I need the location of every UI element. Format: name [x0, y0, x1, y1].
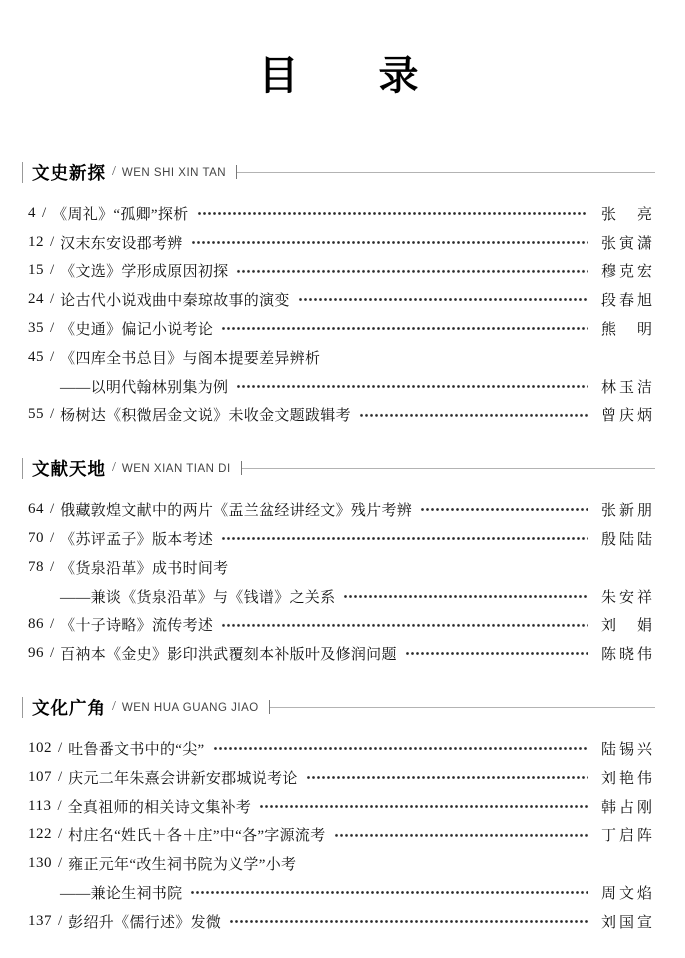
- entry-title: 《文选》学形成原因初探: [60, 260, 228, 281]
- entry-author: 穆克宏: [601, 260, 655, 281]
- entry-leader-dots: [236, 372, 588, 401]
- entry-page-number: 35: [28, 320, 44, 337]
- toc-section: 文化广角 / WEN HUA GUANG JIAO 102 / 吐鲁番文书中的“…: [22, 692, 655, 936]
- entry-author: 朱安祥: [601, 586, 655, 607]
- entry-page-number: 122: [28, 826, 52, 843]
- entry-slash: /: [50, 320, 54, 337]
- entry-slash: /: [57, 798, 61, 815]
- toc-entry: 102 / 吐鲁番文书中的“尖” 陆锡兴: [28, 734, 655, 763]
- entry-title: ——兼谈《货泉沿革》与《钱谱》之关系: [60, 586, 335, 607]
- entry-slash: /: [50, 616, 54, 633]
- entry-title: 庆元二年朱熹会讲新安郡城说考论: [68, 767, 298, 788]
- entry-page-number: 4: [28, 205, 36, 222]
- toc-entry: 78 / 《货泉沿革》成书时间考: [28, 553, 655, 582]
- toc-section: 文史新探 / WEN SHI XIN TAN 4 / 《周礼》“孤卿”探析 张 …: [22, 157, 655, 429]
- entry-leader-dots: [190, 878, 588, 907]
- entry-title: ——以明代翰林别集为例: [60, 376, 228, 397]
- entry-author: 刘国宣: [601, 911, 655, 932]
- entry-author: 殷陆陆: [601, 528, 655, 549]
- entry-leader-dots: [221, 524, 588, 553]
- section-entries: 64 / 俄藏敦煌文献中的两片《盂兰盆经讲经文》残片考辨 张新朋 70 / 《苏…: [22, 495, 655, 668]
- toc-sections: 文史新探 / WEN SHI XIN TAN 4 / 《周礼》“孤卿”探析 张 …: [22, 157, 655, 936]
- entry-leader-dots: [221, 611, 588, 640]
- entry-page-number: 64: [28, 501, 44, 518]
- section-left-bar: [22, 458, 23, 479]
- toc-entry: 24 / 论古代小说戏曲中秦琼故事的演变 段春旭: [28, 285, 655, 314]
- entry-author: 丁启阵: [601, 824, 655, 845]
- entry-slash: /: [50, 530, 54, 547]
- entry-author: 刘艳伟: [601, 767, 655, 788]
- section-left-bar: [22, 162, 23, 183]
- entry-page-number: 113: [28, 798, 51, 815]
- entry-slash: /: [58, 913, 62, 930]
- entry-page-number: 15: [28, 262, 44, 279]
- entry-leader-dots: [420, 495, 588, 524]
- entry-slash: /: [58, 740, 62, 757]
- toc-entry: 12 / 汉末东安设郡考辨 张寅潇: [28, 228, 655, 257]
- entry-leader-dots: [213, 734, 588, 763]
- entry-author: 张寅潇: [601, 232, 655, 253]
- entry-author: 陆锡兴: [601, 738, 655, 759]
- entry-leader-dots: [259, 792, 588, 821]
- entry-title: 《苏评孟子》版本考述: [60, 528, 213, 549]
- entry-leader-dots: [359, 401, 588, 430]
- entry-page-number: 130: [28, 855, 52, 872]
- section-header: 文化广角 / WEN HUA GUANG JIAO: [22, 692, 655, 722]
- toc-entry: 70 / 《苏评孟子》版本考述 殷陆陆: [28, 524, 655, 553]
- entry-slash: /: [42, 205, 46, 222]
- toc-entry: 130 / 雍正元年“改生祠书院为义学”小考: [28, 849, 655, 878]
- section-rule-line: [270, 707, 655, 708]
- entry-title: 俄藏敦煌文献中的两片《盂兰盆经讲经文》残片考辨: [60, 499, 412, 520]
- entry-title: 杨树达《积微居金文说》未收金文题跋辑考: [60, 404, 351, 425]
- entry-author: 周文焰: [601, 882, 655, 903]
- toc-entry: 4 / 《周礼》“孤卿”探析 张 亮: [28, 199, 655, 228]
- entry-leader-dots: [343, 582, 588, 611]
- entry-leader-dots: [298, 285, 588, 314]
- section-left-bar: [22, 697, 23, 718]
- section-entries: 4 / 《周礼》“孤卿”探析 张 亮 12 / 汉末东安设郡考辨 张寅潇 15 …: [22, 199, 655, 429]
- entry-author: 段春旭: [601, 289, 655, 310]
- section-separator: /: [112, 164, 116, 180]
- page-title: 目 录: [22, 44, 655, 101]
- entry-slash: /: [58, 769, 62, 786]
- toc-entry: 15 / 《文选》学形成原因初探 穆克宏: [28, 257, 655, 286]
- entry-title: 《十子诗略》流传考述: [60, 614, 213, 635]
- entry-page-number: 107: [28, 769, 52, 786]
- entry-author: 熊 明: [601, 318, 655, 339]
- entry-author: 韩占刚: [601, 796, 655, 817]
- section-separator: /: [112, 460, 116, 476]
- entry-author: 刘 娟: [601, 614, 655, 635]
- section-pinyin: WEN SHI XIN TAN: [122, 165, 226, 179]
- section-separator: /: [112, 699, 116, 715]
- section-header: 文献天地 / WEN XIAN TIAN DI: [22, 453, 655, 483]
- entry-slash: /: [50, 234, 54, 251]
- section-pinyin: WEN HUA GUANG JIAO: [122, 700, 259, 714]
- entry-slash: /: [58, 855, 62, 872]
- entry-page-number: 70: [28, 530, 44, 547]
- entry-page-number: 55: [28, 406, 44, 423]
- entry-leader-dots: [306, 763, 588, 792]
- entry-author: 林玉洁: [601, 376, 655, 397]
- toc-entry: ——兼论生祠书院 周文焰: [28, 878, 655, 907]
- toc-entry: 55 / 杨树达《积微居金文说》未收金文题跋辑考 曾庆炳: [28, 401, 655, 430]
- entry-leader-dots: [221, 314, 588, 343]
- entry-slash: /: [50, 406, 54, 423]
- entry-author: 张新朋: [601, 499, 655, 520]
- entry-leader-dots: [405, 639, 588, 668]
- entry-page-number: 12: [28, 234, 44, 251]
- entry-title: 吐鲁番文书中的“尖”: [68, 738, 204, 759]
- entry-page-number: 78: [28, 559, 44, 576]
- section-title: 文化广角: [32, 695, 106, 720]
- document-page: { "page_title": "目 录", "separators": { "…: [0, 0, 685, 958]
- entry-author: 张 亮: [601, 203, 655, 224]
- toc-entry: 107 / 庆元二年朱熹会讲新安郡城说考论 刘艳伟: [28, 763, 655, 792]
- entry-title: 彭绍升《儒行述》发微: [68, 911, 221, 932]
- entry-author: 曾庆炳: [601, 404, 655, 425]
- entry-title: 村庄名“姓氏＋各＋庄”中“各”字源流考: [68, 824, 325, 845]
- entry-leader-dots: [197, 199, 588, 228]
- entry-title: 《史通》偏记小说考论: [60, 318, 213, 339]
- section-header: 文史新探 / WEN SHI XIN TAN: [22, 157, 655, 187]
- entry-title: 《四库全书总目》与阁本提要差异辨析: [60, 347, 320, 368]
- toc-entry: ——兼谈《货泉沿革》与《钱谱》之关系 朱安祥: [28, 582, 655, 611]
- entry-page-number: 102: [28, 740, 52, 757]
- entry-slash: /: [50, 262, 54, 279]
- toc-entry: 86 / 《十子诗略》流传考述 刘 娟: [28, 611, 655, 640]
- section-title: 文献天地: [32, 456, 106, 481]
- entry-title: 《货泉沿革》成书时间考: [60, 557, 228, 578]
- entry-leader-dots: [236, 257, 588, 286]
- entry-title: 雍正元年“改生祠书院为义学”小考: [68, 853, 296, 874]
- section-rule-line: [237, 172, 655, 173]
- entry-leader-dots: [191, 228, 588, 257]
- toc-entry: 122 / 村庄名“姓氏＋各＋庄”中“各”字源流考 丁启阵: [28, 821, 655, 850]
- toc-page: 目 录 文史新探 / WEN SHI XIN TAN 4 / 《周礼》“孤卿”探…: [0, 0, 685, 958]
- toc-entry: ——以明代翰林别集为例 林玉洁: [28, 372, 655, 401]
- section-rule-line: [242, 468, 655, 469]
- toc-entry: 96 / 百衲本《金史》影印洪武覆刻本补版叶及修润问题 陈晓伟: [28, 639, 655, 668]
- entry-page-number: 45: [28, 349, 44, 366]
- entry-leader-dots: [229, 907, 588, 936]
- entry-slash: /: [50, 559, 54, 576]
- entry-slash: /: [50, 291, 54, 308]
- entry-page-number: 24: [28, 291, 44, 308]
- toc-entry: 35 / 《史通》偏记小说考论 熊 明: [28, 314, 655, 343]
- section-title: 文史新探: [32, 160, 106, 185]
- toc-entry: 113 / 全真祖师的相关诗文集补考 韩占刚: [28, 792, 655, 821]
- section-pinyin: WEN XIAN TIAN DI: [122, 461, 231, 475]
- toc-section: 文献天地 / WEN XIAN TIAN DI 64 / 俄藏敦煌文献中的两片《…: [22, 453, 655, 668]
- entry-page-number: 137: [28, 913, 52, 930]
- entry-leader-dots: [334, 821, 588, 850]
- entry-title: 百衲本《金史》影印洪武覆刻本补版叶及修润问题: [60, 643, 397, 664]
- toc-entry: 137 / 彭绍升《儒行述》发微 刘国宣: [28, 907, 655, 936]
- entry-title: 汉末东安设郡考辨: [60, 232, 182, 253]
- entry-slash: /: [50, 501, 54, 518]
- toc-entry: 45 / 《四库全书总目》与阁本提要差异辨析: [28, 343, 655, 372]
- entry-page-number: 96: [28, 645, 44, 662]
- entry-title: 全真祖师的相关诗文集补考: [68, 796, 252, 817]
- entry-slash: /: [58, 826, 62, 843]
- entry-title: ——兼论生祠书院: [60, 882, 182, 903]
- entry-author: 陈晓伟: [601, 643, 655, 664]
- entry-title: 论古代小说戏曲中秦琼故事的演变: [60, 289, 290, 310]
- entry-title: 《周礼》“孤卿”探析: [52, 203, 188, 224]
- entry-slash: /: [50, 349, 54, 366]
- section-entries: 102 / 吐鲁番文书中的“尖” 陆锡兴 107 / 庆元二年朱熹会讲新安郡城说…: [22, 734, 655, 936]
- entry-slash: /: [50, 645, 54, 662]
- entry-page-number: 86: [28, 616, 44, 633]
- toc-entry: 64 / 俄藏敦煌文献中的两片《盂兰盆经讲经文》残片考辨 张新朋: [28, 495, 655, 524]
